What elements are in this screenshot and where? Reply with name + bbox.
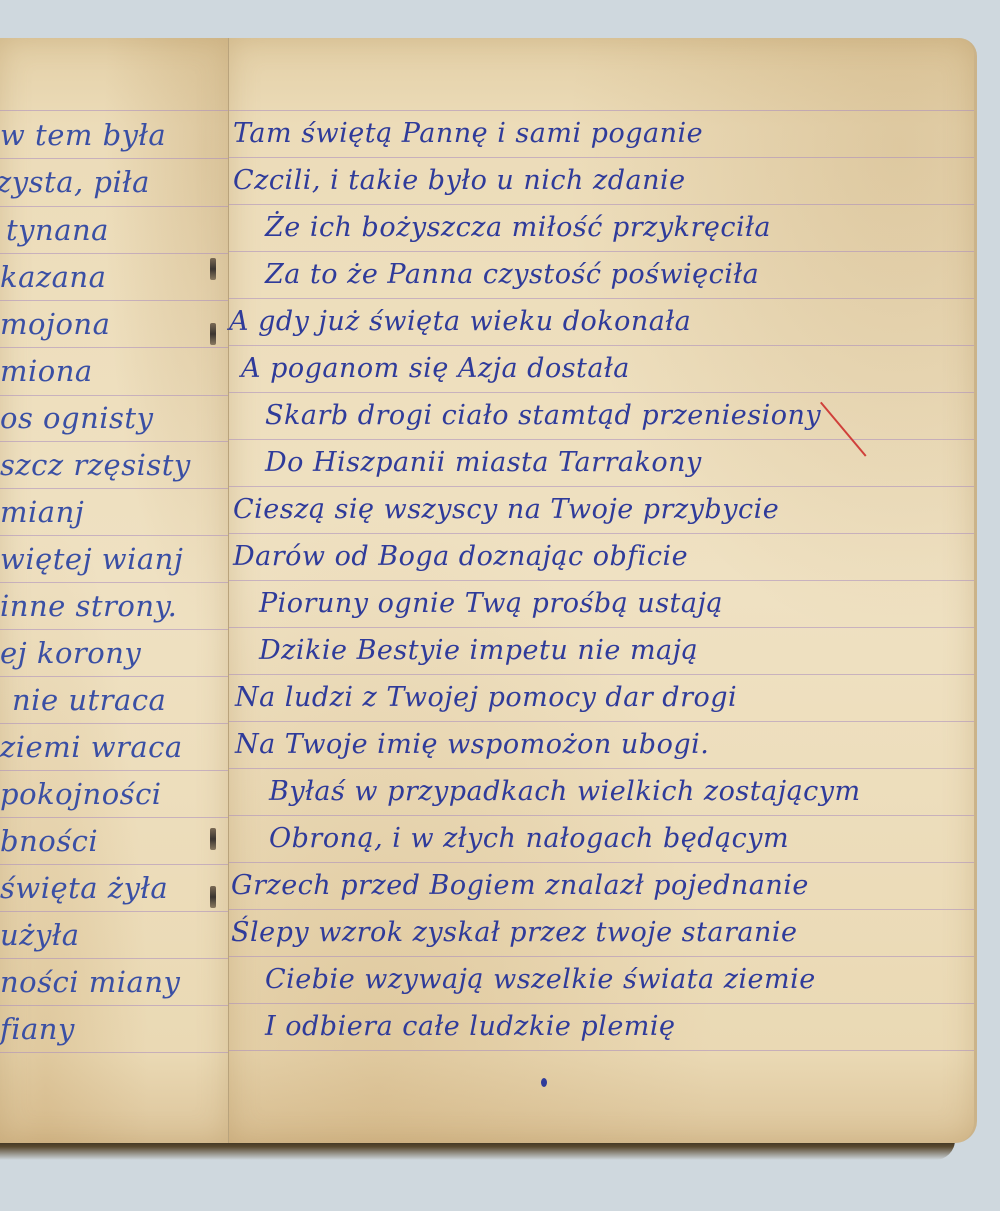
ruled-line <box>229 157 974 158</box>
handwritten-line: Do Hiszpanii miasta Tarrakony <box>265 447 702 478</box>
handwritten-line: inne strony. <box>0 589 177 623</box>
staple <box>210 886 216 908</box>
ruled-line <box>0 206 228 207</box>
ruled-line <box>229 815 974 816</box>
staple <box>210 828 216 850</box>
ruled-line <box>0 817 228 818</box>
handwritten-line: tynana <box>6 213 109 247</box>
handwritten-line: pokojności <box>0 777 162 811</box>
handwritten-line: szcz rzęsisty <box>0 448 191 482</box>
ruled-line <box>0 958 228 959</box>
left-page: w tem była zysta, piła tynana kazana moj… <box>0 38 229 1143</box>
ruled-line <box>229 1050 974 1051</box>
ruled-line <box>0 911 228 912</box>
ruled-line <box>0 347 228 348</box>
handwritten-line: bności <box>0 824 98 858</box>
handwritten-line: Obroną, i w złych nałogach będącym <box>269 823 789 854</box>
handwritten-line: Skarb drogi ciało stamtąd przeniesiony <box>265 400 821 431</box>
handwritten-line: Za to że Panna czystość poświęciła <box>265 259 759 290</box>
handwritten-line: Cieszą się wszyscy na Twoje przybycie <box>233 494 779 525</box>
ruled-line <box>0 253 228 254</box>
handwritten-line: os ognisty <box>0 401 153 435</box>
ruled-line <box>229 768 974 769</box>
handwritten-line: Na ludzi z Twojej pomocy dar drogi <box>235 682 737 713</box>
handwritten-line: Dzikie Bestyie impetu nie mają <box>259 635 698 666</box>
ruled-line <box>229 486 974 487</box>
ruled-line <box>0 158 228 159</box>
handwritten-line: Czcili, i takie było u nich zdanie <box>233 165 686 196</box>
handwritten-line: zysta, piła <box>0 165 150 199</box>
ruled-line <box>0 582 228 583</box>
handwritten-line: Ślepy wzrok zyskał przez twoje staranie <box>231 917 797 948</box>
handwritten-line: I odbiera całe ludzkie plemię <box>265 1011 676 1042</box>
ruled-line <box>229 956 974 957</box>
ruled-line <box>0 629 228 630</box>
staple <box>210 323 216 345</box>
handwritten-line: Ciebie wzywają wszelkie świata ziemie <box>265 964 816 995</box>
ruled-line <box>0 770 228 771</box>
ruled-line <box>229 392 974 393</box>
ruled-line <box>0 676 228 677</box>
ruled-line <box>0 864 228 865</box>
handwritten-line: nie utraca <box>12 683 166 717</box>
ink-blot <box>541 1078 547 1087</box>
right-page: Tam świętą Pannę i sami poganie Czcili, … <box>229 38 977 1143</box>
handwritten-line: Tam świętą Pannę i sami poganie <box>233 118 703 149</box>
ruled-line <box>229 580 974 581</box>
ruled-line <box>229 110 974 111</box>
handwritten-line: Darów od Boga doznając obficie <box>233 541 688 572</box>
ruled-line <box>0 1052 228 1053</box>
ruled-line <box>229 345 974 346</box>
handwritten-line: więtej wianj <box>0 542 183 576</box>
ruled-line <box>229 251 974 252</box>
handwritten-line: miona <box>0 354 93 388</box>
handwritten-line: fiany <box>0 1012 75 1046</box>
handwritten-line: mojona <box>0 307 110 341</box>
ruled-line <box>0 441 228 442</box>
ruled-line <box>229 298 974 299</box>
ruled-line <box>229 721 974 722</box>
ruled-line <box>229 439 974 440</box>
ruled-line <box>229 909 974 910</box>
handwritten-line: w tem była <box>0 118 166 152</box>
handwritten-line: użyła <box>0 918 80 952</box>
ruled-line <box>0 1005 228 1006</box>
handwritten-line: Że ich bożyszcza miłość przykręciła <box>265 212 771 243</box>
ruled-line <box>229 627 974 628</box>
handwritten-line: Grzech przed Bogiem znalazł pojednanie <box>231 870 809 901</box>
ruled-line <box>0 535 228 536</box>
staple <box>210 258 216 280</box>
ruled-line <box>0 110 228 111</box>
notebook-spread: w tem była zysta, piła tynana kazana moj… <box>0 38 975 1148</box>
handwritten-line: A gdy już święta wieku dokonała <box>229 306 691 337</box>
handwritten-line: ej korony <box>0 636 141 670</box>
handwritten-line: A poganom się Azja dostała <box>241 353 630 384</box>
handwritten-line: kazana <box>0 260 106 294</box>
ruled-line <box>229 674 974 675</box>
ruled-line <box>229 204 974 205</box>
ruled-line <box>0 300 228 301</box>
ruled-line <box>0 488 228 489</box>
ruled-line <box>229 1003 974 1004</box>
handwritten-line: święta żyła <box>0 871 168 905</box>
handwritten-line: mianj <box>0 495 84 529</box>
handwritten-line: ności miany <box>0 965 180 999</box>
handwritten-line: ziemi wraca <box>0 730 183 764</box>
ruled-line <box>229 862 974 863</box>
handwritten-line: Byłaś w przypadkach wielkich zostającym <box>269 776 861 807</box>
ruled-line <box>0 723 228 724</box>
ruled-line <box>0 395 228 396</box>
ruled-line <box>229 533 974 534</box>
handwritten-line: Pioruny ognie Twą prośbą ustają <box>259 588 723 619</box>
handwritten-line: Na Twoje imię wspomożon ubogi. <box>235 729 709 760</box>
